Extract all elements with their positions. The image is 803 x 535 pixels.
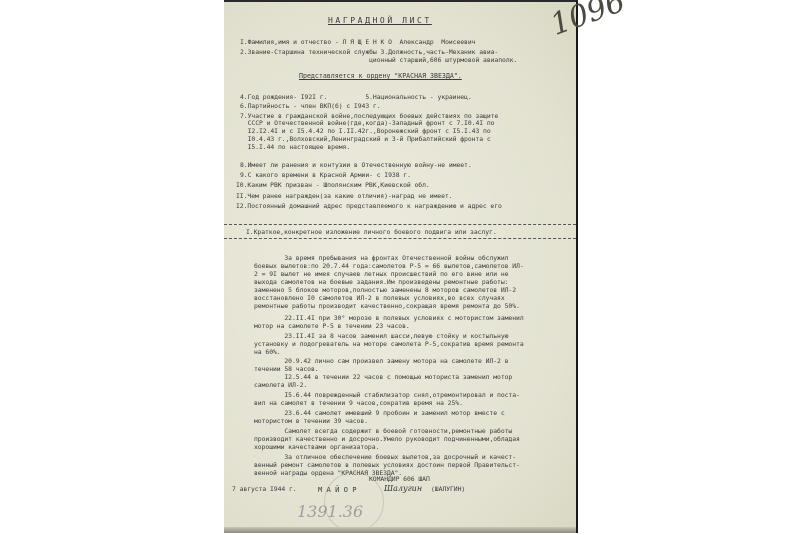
body-line: мотористом в течении 39 часов. [254,418,368,426]
body-line: самолета ИЛ-2. [254,382,307,390]
date: 7 августа I944 г. [232,486,297,494]
section-heading: I.Краткое,конкретное изложение личного б… [246,229,497,237]
body-line: вил на самолет в течении 9 часов,сократи… [254,400,463,408]
stamp-number: 1391.36 [297,502,363,521]
field-line: I0.Каким РВК призван - Шполянским РВК,Ки… [236,182,430,190]
field-position-cont: ционный старший,606 штурмовой авиаполк. [240,57,517,65]
paper-edge [224,527,576,533]
document-title: НАГРАДНОЙ ЛИСТ [328,16,432,25]
field-line: I2.Постоянный домашний адрес представляе… [236,203,502,211]
handwritten-archive-number: 1096 [546,0,630,43]
body-line: мотор на самолете Р-5 в течении 23 часов… [254,323,410,331]
field-line: I5.I.44 по настоящее время. [240,144,350,152]
field-line: 9.С какого времени в Красной Армии- с I9… [240,172,411,180]
signature: Шалугин [384,484,422,493]
presented-to: Представляется к ордену "КРАСНАЯ ЗВЕЗДА"… [299,72,462,80]
field-name: I.Фамилия,имя и отчество - Л Я Щ Е Н К О… [240,39,475,47]
field-line: II.Чем ранее награжден(за какие отличия)… [236,193,452,201]
award-sheet: НАГРАДНОЙ ЛИСТ 1096 I.Фамилия,имя и отче… [224,0,578,533]
field-line: 6.Партийность - член ВКП(б) с I943 г. [240,103,381,111]
commander-line: КОМАНДИР 606 ШАП [369,476,430,484]
divider-bottom [224,238,576,239]
commander-name: (ШАЛУГИН) [431,486,465,494]
divider-top [224,224,576,225]
body-line: установку и подогреватель на моторе само… [254,341,524,349]
body-line: на 60%. [254,349,281,357]
body-line: ремонтные работы производит качественно,… [254,303,520,311]
body-line: хорошими качествами организатора. [254,444,379,452]
field-line: 4.Год рождения- I92I г. 5.Национальность… [240,94,472,102]
field-line: 8.Имеет ли ранения и контузии в Отечеств… [240,162,472,170]
